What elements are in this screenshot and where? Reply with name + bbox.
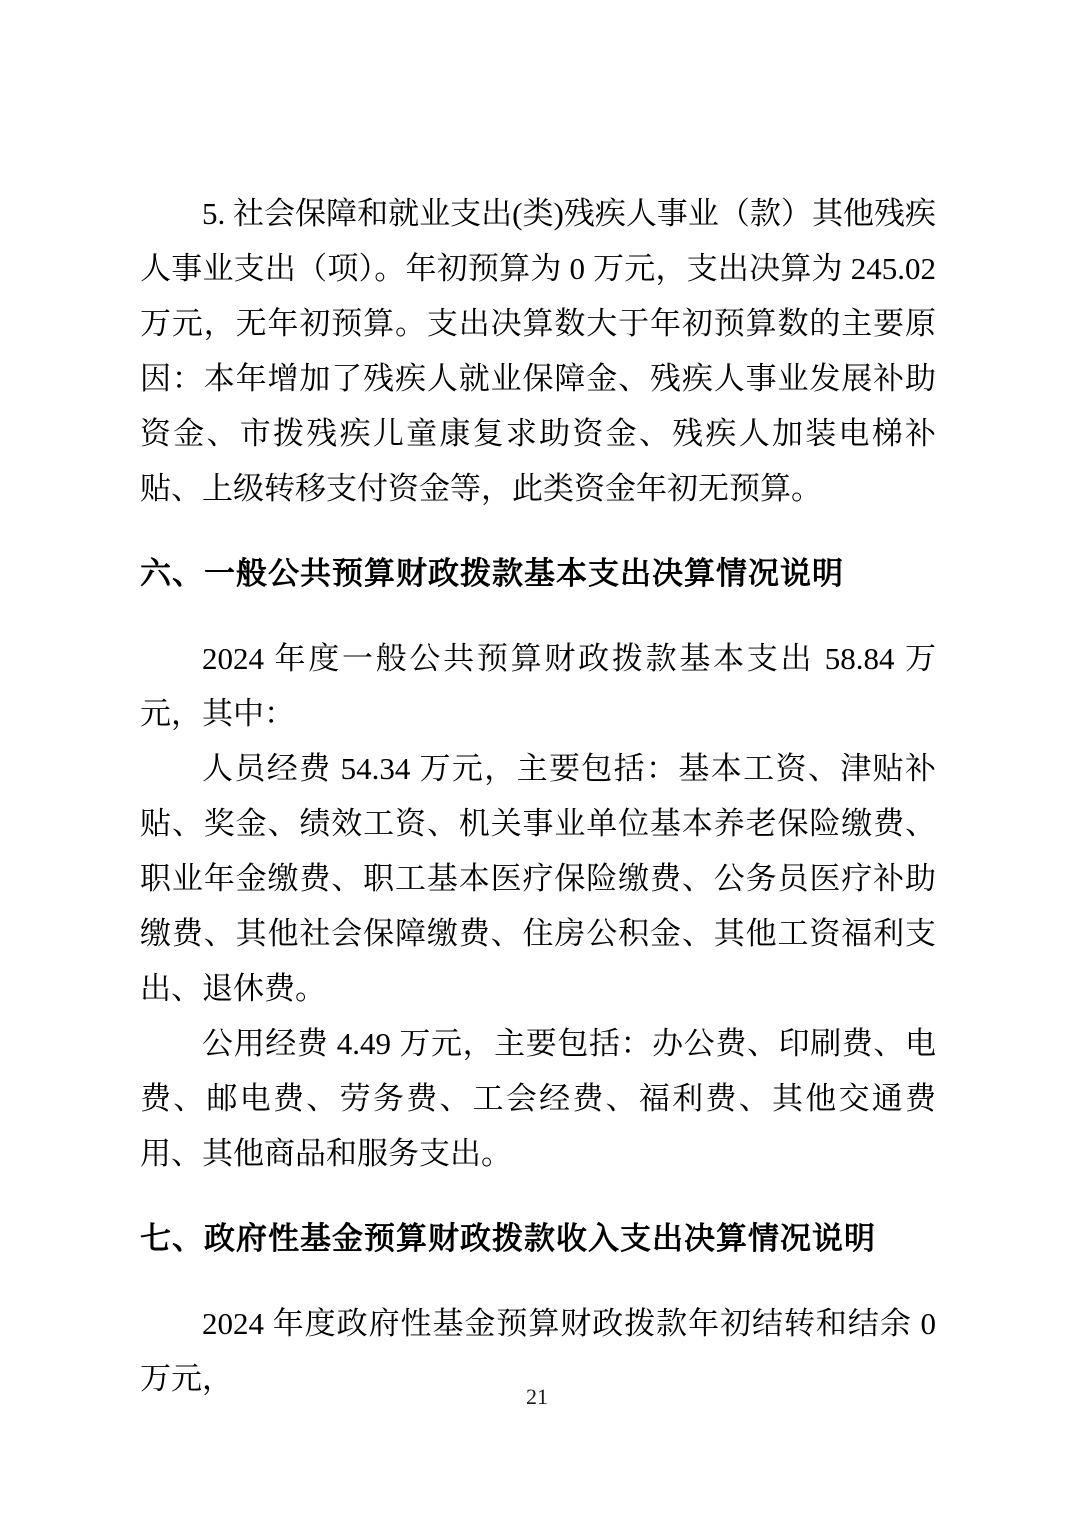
document-body: 5. 社会保障和就业支出(类)残疾人事业（款）其他残疾人事业支出（项）。年初预算…	[140, 186, 936, 1406]
section-heading-7-government-fund-budget: 七、政府性基金预算财政拨款收入支出决算情况说明	[140, 1211, 936, 1266]
paragraph-item-5-disabled-persons-expenditure: 5. 社会保障和就业支出(类)残疾人事业（款）其他残疾人事业支出（项）。年初预算…	[140, 186, 936, 516]
document-page: 5. 社会保障和就业支出(类)残疾人事业（款）其他残疾人事业支出（项）。年初预算…	[0, 0, 1074, 1520]
paragraph-personnel-funds: 人员经费 54.34 万元，主要包括：基本工资、津贴补贴、奖金、绩效工资、机关事…	[140, 741, 936, 1016]
paragraph-basic-expenditure-total: 2024 年度一般公共预算财政拨款基本支出 58.84 万元，其中：	[140, 631, 936, 741]
paragraph-public-funds: 公用经费 4.49 万元，主要包括：办公费、印刷费、电费、邮电费、劳务费、工会经…	[140, 1016, 936, 1181]
page-number: 21	[0, 1383, 1074, 1411]
section-heading-6-basic-expenditure: 六、一般公共预算财政拨款基本支出决算情况说明	[140, 546, 936, 601]
